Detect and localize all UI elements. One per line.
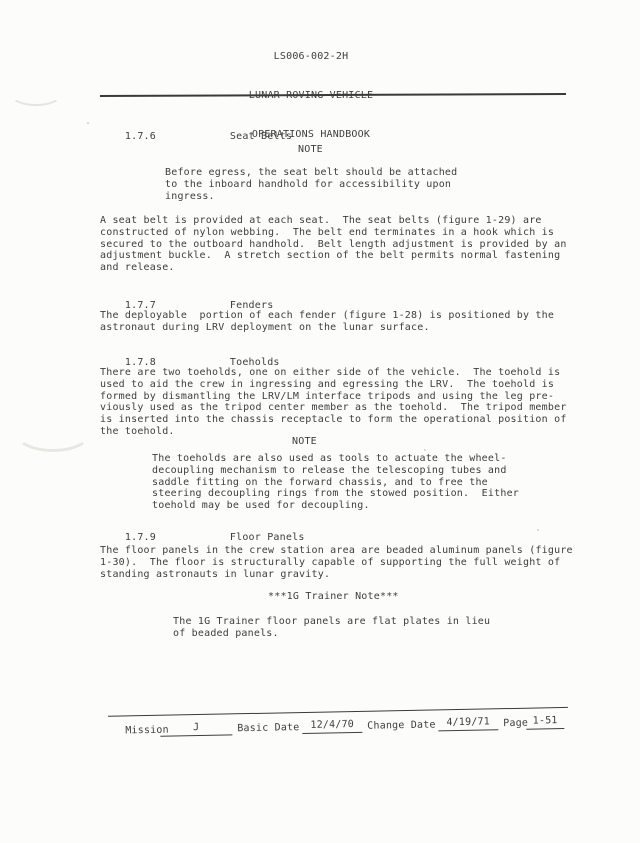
trainer-note-heading: ***1G Trainer Note*** xyxy=(268,591,399,603)
scanned-handbook-page: LS006-002-2H LUNAR ROVING VEHICLE OPERAT… xyxy=(0,0,640,843)
section-title: Floor Panels xyxy=(230,532,305,543)
section-heading-seat-belts: 1.7.6Seat Belts xyxy=(100,119,292,154)
note-text-seat-belts: Before egress, the seat belt should be a… xyxy=(165,167,457,202)
basic-date-value: 12/4/70 xyxy=(302,719,362,734)
page-footer: Mission J Basic Date 12/4/70 Change Date… xyxy=(95,706,596,750)
document-title-line2: OPERATIONS HANDBOOK xyxy=(0,128,622,141)
section-title: Seat Belts xyxy=(230,131,292,142)
document-number: LS006-002-2H xyxy=(0,50,622,63)
paragraph-seat-belts: A seat belt is provided at each seat. Th… xyxy=(100,215,567,274)
change-date-label: Change Date xyxy=(367,719,436,732)
scan-speck xyxy=(424,449,426,451)
section-number: 1.7.9 xyxy=(125,532,230,544)
trainer-note-text: The 1G Trainer floor panels are flat pla… xyxy=(173,616,490,640)
page-number-value: 1-51 xyxy=(526,715,564,730)
paragraph-floor-panels: The floor panels in the crew station are… xyxy=(100,545,573,580)
basic-date-label: Basic Date xyxy=(237,722,299,735)
note-label: NOTE xyxy=(292,436,317,448)
scan-speck xyxy=(537,529,539,531)
note-label: NOTE xyxy=(298,144,323,156)
page-number-label: Page xyxy=(503,718,528,730)
footer-rule xyxy=(108,707,568,717)
paragraph-fenders: The deployable portion of each fender (f… xyxy=(100,310,554,334)
scan-curl-artifact xyxy=(14,412,92,452)
paragraph-toeholds: There are two toeholds, one on either si… xyxy=(100,367,567,438)
section-number: 1.7.6 xyxy=(125,131,230,143)
mission-value: J xyxy=(160,721,232,736)
change-date-value: 4/19/71 xyxy=(438,716,498,731)
note-text-toeholds: The toeholds are also used as tools to a… xyxy=(152,453,519,512)
